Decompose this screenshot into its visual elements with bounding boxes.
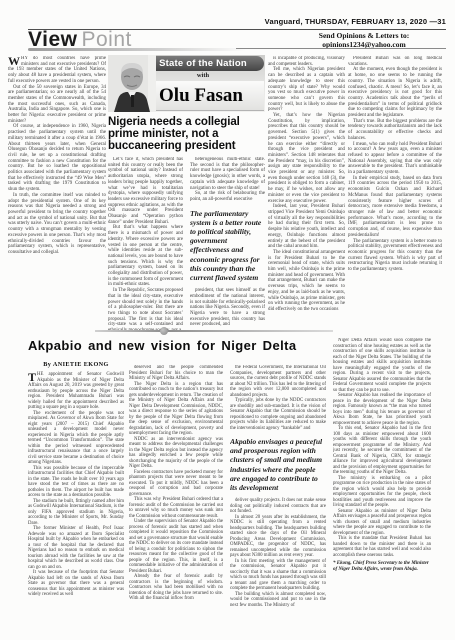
paragraph: Under the supervision of Senator Akpabio… bbox=[129, 519, 223, 574]
paragraph: The stadium he built, fittingly named af… bbox=[28, 499, 124, 527]
column-paragraphs: is incapable of producing, visionary and… bbox=[268, 56, 345, 313]
columnist-portrait-photo bbox=[108, 55, 156, 112]
paragraph: Of course, at independence in 1960, Nige… bbox=[8, 124, 106, 192]
article2-column-1: By ANIETIE EKONG THE appointment of Sena… bbox=[28, 361, 124, 605]
paragraph: In almost 20 years after its establishme… bbox=[230, 515, 326, 559]
column-paragraphs: deserved and the people commended Presid… bbox=[129, 365, 223, 602]
paragraph: To this end, Senator Akpabio had in the … bbox=[333, 426, 431, 476]
paragraph: Niger Delta Affairs would soon complete … bbox=[333, 338, 431, 393]
paragraph: It was because of the footprints that Se… bbox=[28, 570, 124, 598]
paragraph: WHY do most countries have prime ministe… bbox=[8, 56, 106, 85]
paragraph: In his first meeting with the management… bbox=[230, 559, 326, 592]
column-paragraphs: The excitement of the people was not mis… bbox=[28, 411, 124, 598]
article2-byline: By ANIETIE EKONG bbox=[28, 361, 124, 369]
paragraph: President Buhari was on long medical vac… bbox=[348, 56, 442, 67]
paragraph: In their empirical study, based on data … bbox=[348, 176, 442, 239]
drop-cap-w: W bbox=[8, 56, 21, 66]
paragraph: Typically, jobs done by the NDDC contrac… bbox=[230, 398, 326, 431]
edition-dateline: Vanguard, THURSDAY, FEBRUARY 13, 2020 —3… bbox=[265, 17, 446, 26]
column-paragraphs: President Buhari was on long medical vac… bbox=[348, 56, 442, 273]
paragraph: The former Minister of Health, Prof Isaa… bbox=[28, 526, 124, 570]
paragraph: The ideal constitutional arrangement is … bbox=[268, 250, 345, 313]
banner-title-bar: State of the Nation bbox=[142, 56, 264, 71]
article1-column-3: is incapable of producing, visionary and… bbox=[268, 56, 345, 322]
paragraph: At the moment, even though the president… bbox=[348, 67, 442, 118]
paragraph: The Niger Delta is a region that has con… bbox=[129, 382, 223, 437]
paragraph: This is the mandate that President Buhar… bbox=[333, 536, 431, 558]
article1-middle-block: State of the Nation with Olu Fasan Niger… bbox=[108, 55, 265, 335]
paragraph: The parliamentary system is a better rou… bbox=[348, 239, 442, 273]
paragraph: The excitement of the people was not mis… bbox=[28, 411, 124, 466]
banner-with-label: with bbox=[142, 72, 264, 80]
column-paragraphs: heterogeneous multi-ethnic state. The se… bbox=[190, 157, 265, 203]
article-divider-rule bbox=[95, 330, 333, 332]
paragraph-text: HE appointment of Senator Godswill Akpab… bbox=[28, 372, 124, 410]
paragraph-text: HY do most countries have prime minister… bbox=[8, 56, 106, 84]
drop-cap-t: T bbox=[28, 372, 37, 382]
author-footnote: * Ekong, Chief Press Secretary to the Mi… bbox=[333, 561, 431, 573]
article1-pull-quote: The parliamentary system is a better rou… bbox=[190, 209, 265, 283]
paragraph: Senator Akpabio as minister of Niger Del… bbox=[333, 509, 431, 537]
paragraph: Faceless contractors have pocketed money… bbox=[129, 470, 223, 498]
paragraph: In The Republic, Socrates proposed that … bbox=[108, 288, 183, 334]
article2-pull-quote: Akpabio envisages a peaceful and prosper… bbox=[230, 437, 326, 492]
paragraph: I mean, who can really hold President Bu… bbox=[348, 142, 442, 176]
article1-column-2a: Let’s face it, which president has unite… bbox=[108, 157, 183, 335]
paragraph: In truth, the committee itself was minde… bbox=[8, 193, 106, 256]
paragraph: Indeed, last year, President Buhari stri… bbox=[268, 204, 345, 250]
column-paragraphs: the Federal Government, the Internationa… bbox=[230, 365, 326, 431]
masthead-shadow-bar bbox=[28, 48, 246, 51]
paragraph: The building which is almost completed n… bbox=[230, 592, 326, 609]
column-paragraphs: Out of the 50 sovereign states in Europe… bbox=[8, 85, 106, 256]
article2-column-2: deserved and the people commended Presid… bbox=[129, 365, 223, 615]
paragraph: deliver quality projects. It does not ma… bbox=[230, 498, 326, 515]
paragraph: Tell me, which Nigerian president can be… bbox=[268, 67, 345, 113]
paragraph: So, at the risk of belabouring the point… bbox=[190, 191, 265, 202]
article1-column-2b: heterogeneous multi-ethnic state. The se… bbox=[190, 157, 265, 335]
column-paragraphs: deliver quality projects. It does not ma… bbox=[230, 498, 326, 608]
paragraph: Let’s face it, which president has unite… bbox=[108, 157, 183, 225]
header-rule-bottom bbox=[236, 48, 446, 49]
column-paragraphs: Let’s face it, which president has unite… bbox=[108, 157, 183, 334]
paragraph: This was why President Buhari ordered th… bbox=[129, 497, 223, 519]
article1-column-1: WHY do most countries have prime ministe… bbox=[8, 56, 106, 324]
article2-headline: Akpabio and new vision for Niger Delta bbox=[28, 339, 358, 353]
paragraph: But that’s what happens where there is a… bbox=[108, 225, 183, 288]
state-of-the-nation-banner: State of the Nation with Olu Fasan bbox=[108, 55, 265, 112]
paragraph: That’s true. But the biggest problems ar… bbox=[348, 119, 442, 142]
paragraph: president, that sees himself as the embo… bbox=[190, 288, 265, 328]
paragraph: Yet, that’s how the Nigerian Constitutio… bbox=[268, 113, 345, 204]
paragraph: THE appointment of Senator Godswill Akpa… bbox=[28, 372, 124, 411]
paragraph: Already the fear of forensic audit by co… bbox=[129, 574, 223, 602]
section-masthead: ViewPoint bbox=[28, 30, 132, 50]
article2-column-3: the Federal Government, the Internationa… bbox=[230, 365, 326, 615]
paragraph: deserved and the people commended Presid… bbox=[129, 365, 223, 382]
paragraph: heterogeneous multi-ethnic state. The se… bbox=[190, 157, 265, 191]
send-opinions-line1: Send Opinions & Letters to: bbox=[282, 31, 446, 40]
divider-dot bbox=[160, 327, 168, 335]
column-paragraphs: Niger Delta Affairs would soon complete … bbox=[333, 338, 431, 558]
column-paragraphs: president, that sees himself as the embo… bbox=[190, 288, 265, 328]
article1-headline: Nigeria needs a collegial prime minister… bbox=[108, 116, 265, 152]
paragraph: This was possible because of the impecca… bbox=[28, 466, 124, 499]
article2-column-4: Niger Delta Affairs would soon complete … bbox=[333, 338, 431, 613]
paragraph: Out of the 50 sovereign states in Europe… bbox=[8, 85, 106, 125]
banner-author-name: Olu Fasan bbox=[138, 81, 264, 111]
article1-column-4: President Buhari was on long medical vac… bbox=[348, 56, 442, 322]
newspaper-page: Vanguard, THURSDAY, FEBRUARY 13, 2020 —3… bbox=[0, 0, 455, 640]
paragraph: Senator Akpabio has realised the importa… bbox=[333, 393, 431, 426]
paragraph: The ministry is embarking on a pilot pro… bbox=[333, 476, 431, 509]
send-opinions-note: Send Opinions & Letters to: opinions1234… bbox=[282, 31, 446, 49]
paragraph: NDDC as an interventionist agency was me… bbox=[129, 437, 223, 470]
paragraph: is incapable of producing, visionary and… bbox=[268, 56, 345, 67]
paragraph: the Federal Government, the Internationa… bbox=[230, 365, 326, 398]
article1-subcolumns: Let’s face it, which president has unite… bbox=[108, 157, 265, 335]
